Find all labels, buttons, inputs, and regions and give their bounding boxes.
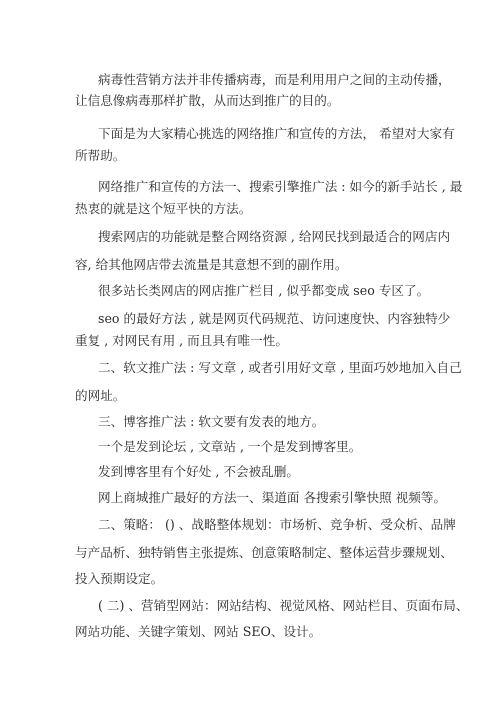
text-line: 热衷的就是这个短平快的方法。 bbox=[75, 201, 251, 217]
text-line: 三、博客推广法 : 软文要有发表的地方。 bbox=[98, 414, 324, 430]
text-line: 搜索网店的功能就是整合网络资源 , 给网民找到最适合的网店内 bbox=[98, 229, 450, 245]
text-line: 很多站长类网店的网店推广栏目 , 似乎都变成 seo 专区了。 bbox=[98, 283, 429, 299]
text-line: 重复 , 对网民有用 , 而且具有唯一性。 bbox=[75, 333, 288, 349]
text-line: 的网址。 bbox=[75, 388, 125, 404]
text-line: 二、软文推广法 : 写文章 , 或者引用好文章 , 里面巧妙地加入自己 bbox=[98, 360, 462, 376]
text-line: ( 二) 、营销型网站：网站结构、视觉风格、网站栏目、页面布局、 bbox=[98, 598, 468, 614]
text-line: seo 的最好方法 , 就是网页代码规范、访问速度快、内容独特少 bbox=[98, 311, 450, 327]
text-line: 发到博客里有个好处 , 不会被乱删。 bbox=[98, 464, 299, 480]
text-line: 与产品析、独特销售主张提炼、创意策略制定、整体运营步骤规划、 bbox=[75, 545, 453, 561]
text-line: 一个是发到论坛 , 文章站 , 一个是发到博客里。 bbox=[98, 439, 361, 455]
text-line: 网络推广和宣传的方法一、搜索引擎推广法 : 如今的新手站长 , 最 bbox=[98, 179, 462, 195]
text-line: 网上商城推广最好的方法一、渠道面 各搜索引擎快照 视频等。 bbox=[98, 490, 446, 506]
text-line: 下面是为大家精心挑选的网络推广和宣传的方法， 希望对大家有 bbox=[98, 126, 455, 142]
text-line: 容, 给其他网店带去流量是其意想不到的副作用。 bbox=[75, 257, 347, 273]
text-line: 二、策略： () 、战略整体规划：市场析、竞争析、受众析、品牌 bbox=[98, 517, 456, 533]
text-line: 让信息像病毒那样扩散，从而达到推广的目的。 bbox=[75, 93, 339, 109]
text-line: 投入预期设定。 bbox=[75, 571, 163, 587]
text-line: 病毒性营销方法并非传播病毒，而是利用用户之间的主动传播， bbox=[98, 72, 451, 88]
text-line: 网站功能、关键字策划、网站 SEO、设计。 bbox=[75, 624, 321, 640]
text-line: 所帮助。 bbox=[75, 148, 125, 164]
